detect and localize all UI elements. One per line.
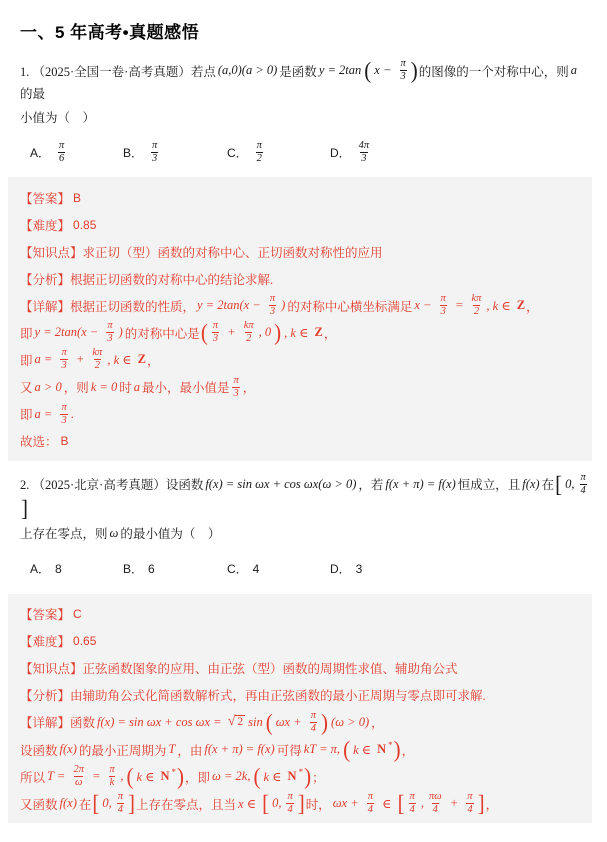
field-label: 【知识点】 [20,243,83,261]
text-run: 在 [79,795,92,813]
big-delimiter: ( [201,321,208,345]
field-label: 【难度】 [20,216,70,234]
fraction-numerator: 4π [359,140,370,152]
text-run: ， [486,795,499,813]
big-delimiter: ( [364,59,371,83]
answer-line: 所以T = 2πω = πk,(k ∈ N*)，即ω = 2k,(k ∈ N*)… [20,763,582,790]
math-run: sin [246,715,265,730]
text-run: ，即 [185,768,210,786]
answer-line: 【难度】0.65 [20,628,582,655]
field-label: 【答案】 [20,605,70,623]
text-run: ， [526,297,539,315]
math-run: x − [412,298,436,313]
fraction-numerator: π [311,710,316,722]
text-run: 8 [55,562,62,576]
fraction-denominator: 2 [245,332,252,345]
fraction: π4 [117,791,124,816]
math-bold-run: N [160,769,171,784]
text-run: 可得 [277,741,302,759]
math-run: 0, [270,796,283,811]
math-run: k = 0 [89,380,119,395]
fraction: π3 [60,402,67,427]
fraction-denominator: 3 [106,332,113,345]
option-B[interactable]: B．6 [123,560,227,577]
math-bold-run: Z [313,325,323,340]
fraction-denominator: 3 [60,359,67,372]
math-run: ωx + [274,715,307,730]
fraction-denominator: 3 [151,152,158,165]
option-label: D． [330,560,351,577]
field-label: 【答案】 [20,189,70,207]
text-run: 4 [253,562,260,576]
text-run: ， [402,741,415,759]
fraction: π6 [58,140,65,165]
text-run: ， [324,324,337,342]
math-run: y = 2tan [317,63,363,78]
text-run: 的对称中心横坐标满足 [287,297,412,315]
math-run: T = [45,769,70,784]
big-delimiter: ] [21,497,28,521]
option-label: B． [123,144,143,161]
math-run: ) [279,298,287,313]
field-label: 【知识点】 [20,659,83,677]
math-run: k ∈ [351,742,376,758]
math-run: x ∈ [236,796,261,812]
text-run: 即 [20,405,33,423]
text-run: 的最小正周期为 [79,741,167,759]
math-run: a [569,63,579,78]
text-run: 函数 [70,713,95,731]
math-run: ωx + [331,796,364,811]
stem-line: 小值为（ ） [20,102,592,131]
fraction: kπ2 [244,320,254,345]
math-run: f(x) [58,742,79,757]
option-D[interactable]: D．3 [330,560,362,577]
fraction-numerator: π [152,140,157,152]
stem-line: 1. （2025·全国一卷·高考真题）若点(a,0)(a > 0)是函数y = … [20,57,592,102]
option-A[interactable]: A．8 [30,560,123,577]
option-D[interactable]: D．4π3 [330,139,372,166]
fraction-numerator: π [61,347,66,359]
math-run: = [87,769,106,784]
text-run: 在 [542,475,555,493]
answer-value: C [70,607,85,621]
math-run: , [419,796,426,811]
math-run: , k ∈ [105,352,136,368]
fraction-denominator: 4 [367,803,374,816]
option-label: B． [123,560,143,577]
big-delimiter: ( [266,711,273,735]
answer-line: 即a = π3. [20,401,582,428]
fraction-numerator: π [109,764,114,776]
fraction: π3 [400,58,407,83]
math-run: f(x) = sin ωx + cos ωx = [95,715,227,730]
math-run: y = 2tan(x − [195,298,266,313]
answer-value: 0.85 [70,218,99,232]
fraction: π3 [151,140,158,165]
big-delimiter: ) [177,765,184,789]
fraction-numerator: π [61,402,66,414]
fraction-numerator: kπ [472,293,482,305]
exam-document-page: 一、5 年高考•真题感悟 1. （2025·全国一卷·高考真题）若点(a,0)(… [0,0,607,823]
math-run: f(x + π) = f(x) [202,742,276,757]
text-run: 2. （2025·北京·高考真题）设函数 [20,475,203,493]
math-run: y = 2tan(x − [33,325,104,340]
answer-line: 又a > 0，则k = 0时a最小，最小值是π3， [20,374,582,401]
text-run: 由辅助角公式化简函数解析式，再由正弦函数的最小正周期与零点即可求解. [70,686,486,704]
fraction-numerator: π [59,140,64,152]
answer-block: 【答案】B【难度】0.85【知识点】求正切（型）函数的对称中心、正切函数对称性的… [8,177,592,461]
text-run: . [71,407,74,422]
text-run: 故选： [20,432,58,450]
big-delimiter: ] [128,792,135,816]
fraction-denominator: 4 [432,803,439,816]
fraction-denominator: 3 [269,305,276,318]
fraction: 2πω [73,764,84,789]
text-run: 所以 [20,768,45,786]
big-delimiter: ( [253,765,260,789]
answer-line: 设函数f(x)的最小正周期为T，由f(x + π) = f(x)可得kT = π… [20,736,582,763]
text-run: 恒成立，且 [458,475,521,493]
text-run: 是函数 [279,62,317,80]
big-delimiter: ) [321,711,328,735]
option-A[interactable]: A．π6 [30,139,123,166]
options-row: A．π6B．π3C．π2D．4π3 [30,135,592,169]
big-delimiter: ( [343,738,350,762]
text-run: ，由 [177,741,202,759]
fraction-denominator: k [109,776,116,789]
fraction-numerator: π [410,791,415,803]
fraction: kπ2 [472,293,482,318]
fraction-denominator: 4 [466,803,473,816]
text-run: 根据正切函数的性质， [70,297,195,315]
math-run: , 0 [257,325,274,340]
fraction: π4 [580,472,587,497]
option-label: A． [30,560,50,577]
math-run: a [132,380,142,395]
fraction: π3 [269,293,276,318]
fraction-denominator: 4 [310,722,317,735]
math-run: 0, [100,796,113,811]
superscript: * [388,740,393,750]
math-run: , k ∈ [484,298,515,314]
fraction-numerator: π [233,375,238,387]
fraction-denominator: 4 [580,484,587,497]
field-label: 【分析】 [20,686,70,704]
math-run: = [450,298,469,313]
text-run: ， [371,713,384,731]
fraction: π3 [212,320,219,345]
text-run: 的最 [20,84,45,102]
question-stem: 1. （2025·全国一卷·高考真题）若点(a,0)(a > 0)是函数y = … [20,57,592,131]
fraction-numerator: kπ [244,320,254,332]
fraction-denominator: 3 [360,152,367,165]
text-run: 时 [119,378,132,396]
text-run: ，则 [64,378,89,396]
options-row: A．8B．6C．4D．3 [30,552,592,586]
option-label: C． [227,560,248,577]
fraction: πω4 [429,791,442,816]
option-label: A． [30,144,50,161]
superscript: * [172,767,177,777]
answer-line: 【答案】B [20,184,582,211]
big-delimiter: ) [411,59,418,83]
big-delimiter: ) [304,765,311,789]
math-run: k ∈ [134,769,159,785]
text-run: 求正切（型）函数的对称中心、正切函数对称性的应用 [83,243,383,261]
math-run: , k ∈ [282,325,313,341]
math-run: ω = 2k, [210,769,252,784]
text-run: 上存在零点，且当 [136,795,236,813]
text-run: 设函数 [20,741,58,759]
question-2: 2. （2025·北京·高考真题）设函数f(x) = sin ωx + cos … [20,471,592,824]
fraction-denominator: ω [74,776,83,789]
fraction-numerator: π [107,320,112,332]
text-run: ，若 [358,475,383,493]
math-run: a = [33,407,58,422]
math-run: + [222,325,241,340]
section-title: 一、5 年高考•真题感悟 [20,18,592,43]
fraction-denominator: 3 [232,387,239,400]
fraction-denominator: 4 [409,803,416,816]
math-run: 0, [563,477,576,492]
text-run: ， [147,351,160,369]
questions-container: 1. （2025·全国一卷·高考真题）若点(a,0)(a > 0)是函数y = … [20,57,592,823]
answer-line: 即a = π3 + kπ2, k ∈ Z， [20,346,582,373]
superscript: * [299,767,304,777]
fraction-denominator: 3 [60,414,67,427]
option-label: C． [227,144,248,161]
answer-line: 【分析】根据正切函数的对称中心的结论求解. [20,265,582,292]
text-run: 的对称中心是 [125,324,200,342]
text-run: 又 [20,378,33,396]
math-run: k ∈ [261,769,286,785]
fraction-denominator: 2 [473,305,480,318]
math-bold-run: N [287,769,298,784]
answer-line: 即y = 2tan(x − π3)的对称中心是(π3 + kπ2, 0), k … [20,319,582,346]
big-delimiter: [ [92,792,99,816]
answer-line: 【知识点】求正切（型）函数的对称中心、正切函数对称性的应用 [20,238,582,265]
fraction-denominator: 2 [94,359,101,372]
radicand: 2 [235,715,245,730]
sqrt-radical: √2 [228,715,245,730]
big-delimiter: ( [126,765,133,789]
fraction-numerator: π [213,320,218,332]
big-delimiter: [ [262,792,269,816]
text-run: 的图像的一个对称中心，则 [419,62,569,80]
math-run: + [71,352,90,367]
answer-line: 【分析】由辅助角公式化简函数解析式，再由正弦函数的最小正周期与零点即可求解. [20,682,582,709]
math-run: ω [108,526,121,541]
fraction: π3 [232,375,239,400]
fraction-denominator: 2 [256,152,263,165]
fraction-numerator: π [441,293,446,305]
fraction: kπ2 [92,347,102,372]
fraction: πk [109,764,116,789]
fraction-numerator: kπ [92,347,102,359]
radical-sign-icon: √ [228,715,236,729]
big-delimiter: ] [478,792,485,816]
text-run: 3 [356,562,363,576]
answer-value: 0.65 [70,634,99,648]
text-run: ， [243,378,256,396]
fraction-denominator: 4 [117,803,124,816]
fraction-numerator: π [287,791,292,803]
text-run: 时， [306,795,331,813]
text-run: 又函数 [20,795,58,813]
math-run: x − [372,63,396,78]
answer-line: 故选：B [20,428,582,455]
math-run: f(x) [58,796,79,811]
math-run: f(x) [520,477,541,492]
answer-line: 【难度】0.85 [20,211,582,238]
field-label: 【详解】 [20,297,70,315]
answer-line: 【详解】函数f(x) = sin ωx + cos ωx = √2sin(ωx … [20,709,582,736]
text-run: 的最小值为（ ） [120,524,220,542]
fraction-denominator: 3 [212,332,219,345]
fraction: 4π3 [359,140,370,165]
option-C[interactable]: C．π2 [227,139,330,166]
big-delimiter: [ [398,792,405,816]
field-label: 【难度】 [20,632,70,650]
math-run: ) [117,325,125,340]
fraction-numerator: 2π [73,764,84,776]
math-run: ∈ [377,796,397,812]
option-C[interactable]: C．4 [227,560,330,577]
fraction: π3 [106,320,113,345]
text-run: 6 [148,562,155,576]
text-run: 即 [20,351,33,369]
text-run: 正弦函数图象的应用、由正弦（型）函数的周期性求值、辅助角公式 [83,659,458,677]
math-run: f(x) = sin ωx + cos ωx(ω > 0) [203,477,358,492]
math-run: a > 0 [33,380,64,395]
math-run: T [166,742,177,757]
answer-line: 【答案】C [20,601,582,628]
fraction-denominator: 3 [400,70,407,83]
text-run: ； [312,768,325,786]
fraction-numerator: π [368,791,373,803]
fraction-numerator: π [580,472,585,484]
math-run: (ω > 0) [329,715,371,730]
fraction-denominator: 3 [440,305,447,318]
text-run: 上存在零点，则 [20,524,108,542]
math-run: f(x + π) = f(x) [383,477,457,492]
fraction-denominator: 4 [286,803,293,816]
fraction: π3 [440,293,447,318]
big-delimiter: [ [555,473,562,497]
math-bold-run: Z [516,298,526,313]
answer-block: 【答案】C【难度】0.65【知识点】正弦函数图象的应用、由正弦（型）函数的周期性… [8,594,592,823]
fraction-numerator: π [270,293,275,305]
text-run: 根据正切函数的对称中心的结论求解. [70,270,273,288]
stem-line: 2. （2025·北京·高考真题）设函数f(x) = sin ωx + cos … [20,471,592,519]
fraction-denominator: 6 [58,152,65,165]
big-delimiter: ) [394,738,401,762]
question-stem: 2. （2025·北京·高考真题）设函数f(x) = sin ωx + cos … [20,471,592,548]
answer-line: 【知识点】正弦函数图象的应用、由正弦（型）函数的周期性求值、辅助角公式 [20,655,582,682]
math-run: kT = π, [302,742,342,757]
option-B[interactable]: B．π3 [123,139,227,166]
text-run: 小值为（ ） [20,108,95,126]
fraction-numerator: π [401,58,406,70]
text-run: 最小，最小值是 [142,378,230,396]
field-label: 【详解】 [20,713,70,731]
text-run: 1. （2025·全国一卷·高考真题）若点 [20,62,216,80]
math-bold-run: Z [137,352,147,367]
fraction: π4 [310,710,317,735]
fraction-numerator: π [118,791,123,803]
stem-line: 上存在零点，则ω的最小值为（ ） [20,519,592,548]
big-delimiter: ) [274,321,281,345]
answer-line: 【详解】根据正切函数的性质，y = 2tan(x − π3)的对称中心横坐标满足… [20,292,582,319]
text-run: 即 [20,324,33,342]
fraction-numerator: πω [429,791,442,803]
answer-value: B [58,434,72,448]
fraction: π3 [60,347,67,372]
fraction-numerator: π [257,140,262,152]
math-run: , [118,769,125,784]
answer-line: 又函数f(x)在[0,π4]上存在零点，且当x ∈ [0,π4]时，ωx + π… [20,790,582,817]
math-run: + [445,796,464,811]
fraction-numerator: π [467,791,472,803]
fraction: π2 [256,140,263,165]
question-1: 1. （2025·全国一卷·高考真题）若点(a,0)(a > 0)是函数y = … [20,57,592,461]
big-delimiter: ] [298,792,305,816]
field-label: 【分析】 [20,270,70,288]
option-label: D． [330,144,351,161]
math-run: a = [33,352,58,367]
math-run: (a,0)(a > 0) [216,63,279,78]
answer-value: B [70,191,84,205]
fraction: π4 [367,791,374,816]
math-bold-run: N [376,742,387,757]
fraction: π4 [466,791,473,816]
fraction: π4 [286,791,293,816]
fraction: π4 [409,791,416,816]
